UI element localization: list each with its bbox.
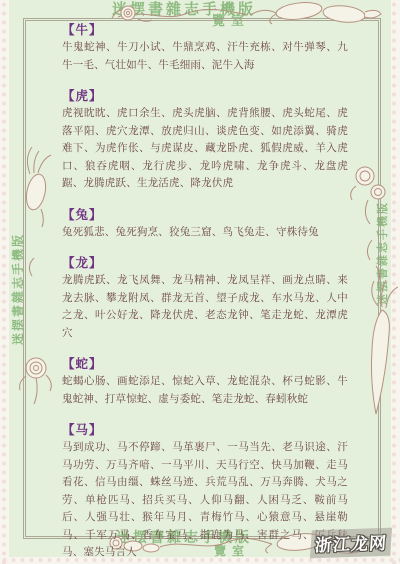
idiom-section-niu: 【牛】 牛鬼蛇神、牛刀小试、牛鼎烹鸡、汗牛充栋、对牛弹琴、九牛一毛、气壮如牛、牛… xyxy=(62,21,348,74)
idiom-list: 蛇蝎心肠、画蛇添足、惊蛇入草、龙蛇混杂、杯弓蛇影、牛鬼蛇神、打草惊蛇、虚与委蛇、… xyxy=(62,373,348,408)
idiom-section-ma: 【马】 马到成功、马不停蹄、马革裹尸、一马当先、老马识途、汗马功劳、万马齐喑、一… xyxy=(62,421,348,562)
section-heading: 【龙】 xyxy=(62,254,348,271)
idiom-list: 马到成功、马不停蹄、马革裹尸、一马当先、老马识途、汗马功劳、万马齐喑、一马平川、… xyxy=(62,439,348,562)
idiom-sections: 【牛】 牛鬼蛇神、牛刀小试、牛鼎烹鸡、汗牛充栋、对牛弹琴、九牛一毛、气壮如牛、牛… xyxy=(62,21,348,562)
document-page: 迷摆書雜志手機版 覽室 迷摆書雜志手機版 覽室 迷摆書雜志手機版 迷摆書雜志手機… xyxy=(0,0,400,564)
section-heading: 【虎】 xyxy=(62,87,348,104)
idiom-list: 龙腾虎跃、龙飞凤舞、龙马精神、龙凤呈祥、画龙点睛、来龙去脉、攀龙附凤、群龙无首、… xyxy=(62,272,348,342)
idiom-section-tu: 【兔】 兔死狐悲、兔死狗烹、狡兔三窟、鸟飞兔走、守株待兔 xyxy=(62,206,348,242)
section-heading: 【牛】 xyxy=(62,21,348,38)
section-heading: 【兔】 xyxy=(62,206,348,223)
idiom-list: 虎视眈眈、虎口余生、虎头虎脑、虎背熊腰、虎头蛇尾、虎落平阳、虎穴龙潭、放虎归山、… xyxy=(62,105,348,193)
radish-rose-ornament-icon xyxy=(16,140,60,430)
idiom-list: 牛鬼蛇神、牛刀小试、牛鼎烹鸡、汗牛充栋、对牛弹琴、九牛一毛、气壮如牛、牛毛细雨、… xyxy=(62,39,348,74)
site-logo-watermark: 浙江龙网 xyxy=(310,528,392,559)
idiom-list: 兔死狐悲、兔死狗烹、狡兔三窟、鸟飞兔走、守株待兔 xyxy=(62,224,348,242)
idiom-section-hu: 【虎】 虎视眈眈、虎口余生、虎头虎脑、虎背熊腰、虎头蛇尾、虎落平阳、虎穴龙潭、放… xyxy=(62,87,348,193)
section-heading: 【马】 xyxy=(62,421,348,438)
idiom-section-long: 【龙】 龙腾虎跃、龙飞凤舞、龙马精神、龙凤呈祥、画龙点睛、来龙去脉、攀龙附凤、群… xyxy=(62,254,348,342)
idiom-section-she: 【蛇】 蛇蝎心肠、画蛇添足、惊蛇入草、龙蛇混杂、杯弓蛇影、牛鬼蛇神、打草惊蛇、虚… xyxy=(62,355,348,408)
section-heading: 【蛇】 xyxy=(62,355,348,372)
